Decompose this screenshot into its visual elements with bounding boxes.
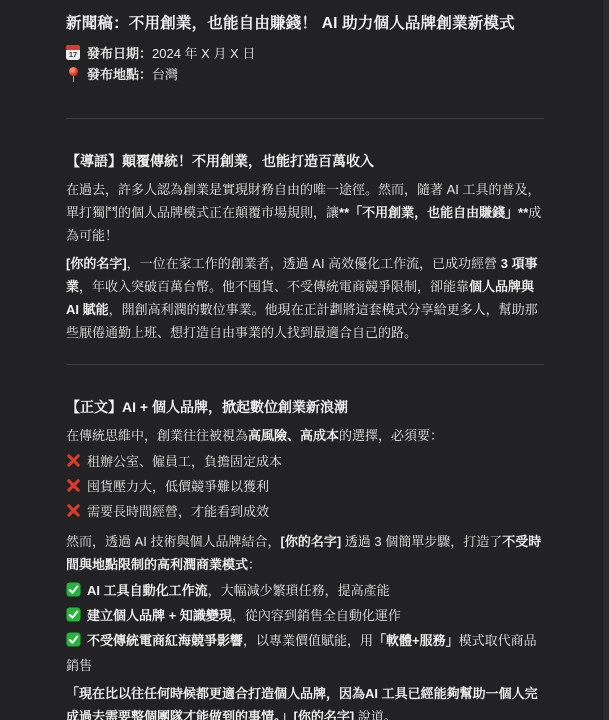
list-item-con: 需要長時間經營，才能看到成效	[66, 500, 544, 525]
publish-date-text: 發布日期：2024 年 X 月 X 日	[87, 43, 255, 62]
meta-block: 17 發布日期：2024 年 X 月 X 日 發布地點：台灣	[66, 43, 544, 83]
publish-location-label: 發布地點：	[87, 67, 152, 82]
press-release-page: 新聞稿：不用創業，也能自由賺錢！ AI 助力個人品牌創業新模式 17 發布日期：…	[0, 0, 609, 720]
list-item-con: 囤貨壓力大，低價競爭難以獲利	[66, 475, 544, 500]
list-item-text: 需要長時間經營，才能看到成效	[87, 504, 269, 519]
list-item-text: AI 工具自動化工作流，大幅減少繁瑣任務，提高產能	[87, 583, 390, 598]
cross-icon	[66, 452, 81, 475]
calendar-icon-day: 17	[66, 50, 80, 60]
intro-heading: 【導語】顛覆傳統！不用創業，也能打造百萬收入	[66, 150, 544, 173]
section-divider	[66, 364, 544, 365]
pushpin-icon-ball	[69, 67, 78, 76]
cross-icon	[66, 477, 81, 500]
intro-paragraph-2: [你的名字]，一位在家工作的創業者，透過 AI 高效優化工作流，已成功經營 3 …	[66, 252, 544, 344]
pushpin-icon-stem	[73, 76, 75, 82]
publish-date-label: 發布日期：	[87, 46, 152, 61]
check-icon	[66, 606, 81, 629]
section-divider	[66, 118, 544, 119]
body-paragraph-2: 然而，透過 AI 技術與個人品牌結合，[你的名字] 透過 3 個簡單步驟，打造了…	[66, 530, 544, 576]
list-item-text: 囤貨壓力大，低價競爭難以獲利	[87, 479, 269, 494]
body-heading: 【正文】AI + 個人品牌，掀起數位創業新浪潮	[66, 396, 544, 419]
list-item-text: 租辦公室、僱員工，負擔固定成本	[87, 454, 282, 469]
cross-icon	[66, 502, 81, 525]
pushpin-icon	[66, 66, 80, 82]
list-item-con: 租辦公室、僱員工，負擔固定成本	[66, 450, 544, 475]
publish-date-row: 17 發布日期：2024 年 X 月 X 日	[66, 43, 544, 62]
list-item-pro: 不受傳統電商紅海競爭影響，以專業價值賦能，用「軟體+服務」模式取代商品銷售	[66, 629, 544, 677]
pros-list: AI 工具自動化工作流，大幅減少繁瑣任務，提高產能 建立個人品牌 + 知識變現，…	[66, 579, 544, 677]
list-item-pro: 建立個人品牌 + 知識變現，從內容到銷售全自動化運作	[66, 604, 544, 629]
publish-location-text: 發布地點：台灣	[87, 64, 178, 83]
publish-location-row: 發布地點：台灣	[66, 64, 544, 83]
list-item-pro: AI 工具自動化工作流，大幅減少繁瑣任務，提高產能	[66, 579, 544, 604]
intro-paragraph-1: 在過去，許多人認為創業是實現財務自由的唯一途徑。然而，隨著 AI 工具的普及，單…	[66, 178, 544, 247]
publish-date-value: 2024 年 X 月 X 日	[152, 46, 255, 61]
document-content: 新聞稿：不用創業，也能自由賺錢！ AI 助力個人品牌創業新模式 17 發布日期：…	[66, 0, 544, 720]
cons-list: 租辦公室、僱員工，負擔固定成本 囤貨壓力大，低價競爭難以獲利 需要長時間經營，才…	[66, 450, 544, 525]
list-item-text: 不受傳統電商紅海競爭影響，以專業價值賦能，用「軟體+服務」模式取代商品銷售	[66, 633, 537, 673]
scrollbar-track[interactable]	[602, 0, 609, 720]
check-icon	[66, 581, 81, 604]
body-paragraph-1: 在傳統思維中，創業往往被視為高風險、高成本的選擇，必須要：	[66, 424, 544, 447]
check-icon	[66, 631, 81, 654]
quote-paragraph: 「現在比以往任何時候都更適合打造個人品牌，因為AI 工具已經能夠幫助一個人完成過…	[66, 682, 544, 720]
page-title: 新聞稿：不用創業，也能自由賺錢！ AI 助力個人品牌創業新模式	[66, 13, 544, 34]
list-item-text: 建立個人品牌 + 知識變現，從內容到銷售全自動化運作	[87, 608, 401, 623]
publish-location-value: 台灣	[152, 67, 178, 82]
calendar-icon: 17	[66, 45, 80, 60]
